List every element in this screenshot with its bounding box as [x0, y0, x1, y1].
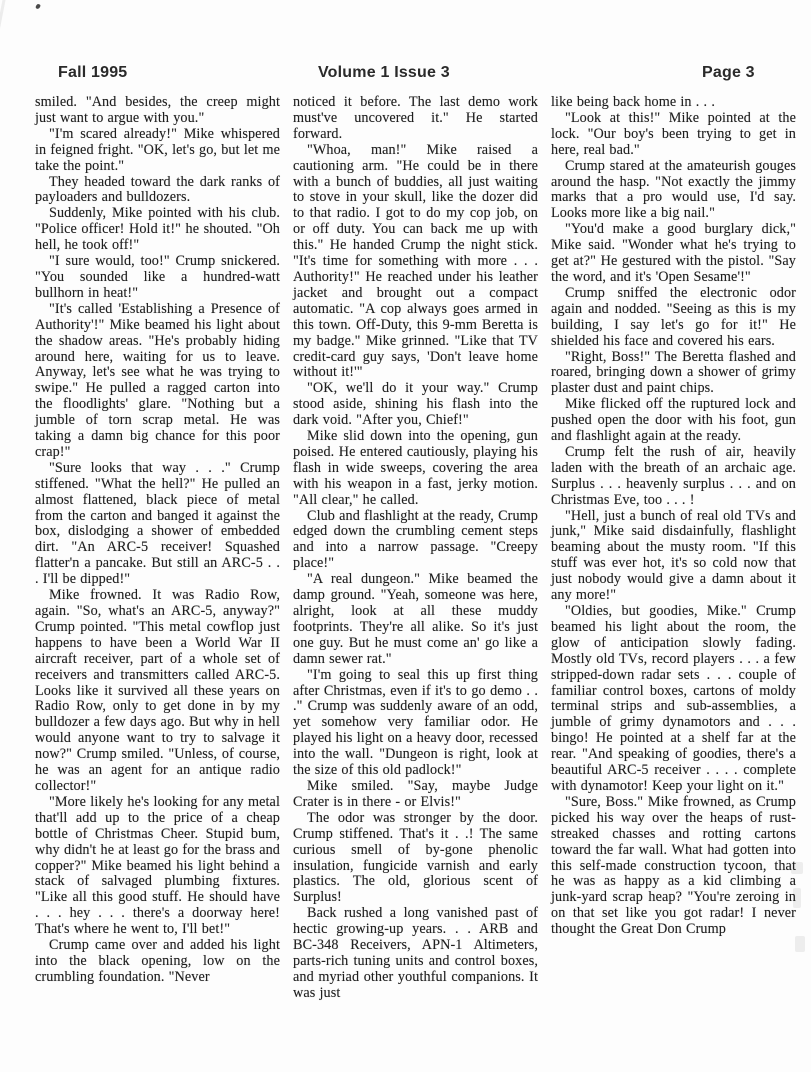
- paragraph: smiled. "And besides, the creep might ju…: [35, 95, 280, 127]
- paragraph: Crump came over and added his light into…: [35, 938, 280, 986]
- page-header: Fall 1995 Volume 1 Issue 3 Page 3: [0, 64, 811, 86]
- paragraph: "You'd make a good burglary dick," Mike …: [551, 222, 796, 286]
- paragraph: "Oldies, but goodies, Mike." Crump beame…: [551, 604, 796, 795]
- paragraph: Mike frowned. It was Radio Row, again. "…: [35, 588, 280, 795]
- article-body: smiled. "And besides, the creep might ju…: [35, 95, 792, 1002]
- paragraph: "I'm going to seal this up first thing a…: [293, 668, 538, 779]
- paragraph: "I'm scared already!" Mike whispered in …: [35, 127, 280, 175]
- paragraph: like being back home in . . .: [551, 95, 796, 111]
- paragraph: They headed toward the dark ranks of pay…: [35, 175, 280, 207]
- scan-edge-smudge: [795, 936, 805, 952]
- paragraph: Back rushed a long vanished past of hect…: [293, 906, 538, 1001]
- scanned-page: Fall 1995 Volume 1 Issue 3 Page 3 smiled…: [0, 0, 811, 1072]
- paragraph: "OK, we'll do it your way." Crump stood …: [293, 381, 538, 429]
- paragraph: "Whoa, man!" Mike raised a cautioning ar…: [293, 143, 538, 382]
- paragraph: The odor was stronger by the door. Crump…: [293, 811, 538, 906]
- issue-season: Fall 1995: [58, 64, 127, 82]
- paragraph: "Sure, Boss." Mike frowned, as Crump pic…: [551, 795, 796, 938]
- paragraph: Crump stared at the amateurish gouges ar…: [551, 159, 796, 223]
- paragraph: Club and flashlight at the ready, Crump …: [293, 509, 538, 573]
- text-column-2: noticed it before. The last demo work mu…: [293, 95, 538, 1002]
- paragraph: Crump felt the rush of air, heavily lade…: [551, 445, 796, 509]
- paragraph: "Look at this!" Mike pointed at the lock…: [551, 111, 796, 159]
- paragraph: Suddenly, Mike pointed with his club. "P…: [35, 206, 280, 254]
- paragraph: Mike slid down into the opening, gun poi…: [293, 429, 538, 509]
- scan-crease-artifact: [0, 0, 9, 208]
- page-number: Page 3: [702, 64, 755, 82]
- paragraph: "Sure looks that way . . ." Crump stiffe…: [35, 461, 280, 588]
- paragraph: "A real dungeon." Mike beamed the damp g…: [293, 572, 538, 667]
- paragraph: "More likely he's looking for any metal …: [35, 795, 280, 938]
- paragraph: "It's called 'Establishing a Presence of…: [35, 302, 280, 461]
- volume-issue: Volume 1 Issue 3: [318, 64, 450, 82]
- paragraph: "Right, Boss!" The Beretta flashed and r…: [551, 350, 796, 398]
- paragraph: Crump sniffed the electronic odor again …: [551, 286, 796, 350]
- text-column-3: like being back home in . . . "Look at t…: [551, 95, 796, 1002]
- scan-speck-artifact: [35, 3, 41, 9]
- text-column-1: smiled. "And besides, the creep might ju…: [35, 95, 280, 1002]
- paragraph: "I sure would, too!" Crump snickered. "Y…: [35, 254, 280, 302]
- paragraph: Mike flicked off the ruptured lock and p…: [551, 397, 796, 445]
- paragraph: "Hell, just a bunch of real old TVs and …: [551, 509, 796, 604]
- paragraph: Mike smiled. "Say, maybe Judge Crater is…: [293, 779, 538, 811]
- paragraph: noticed it before. The last demo work mu…: [293, 95, 538, 143]
